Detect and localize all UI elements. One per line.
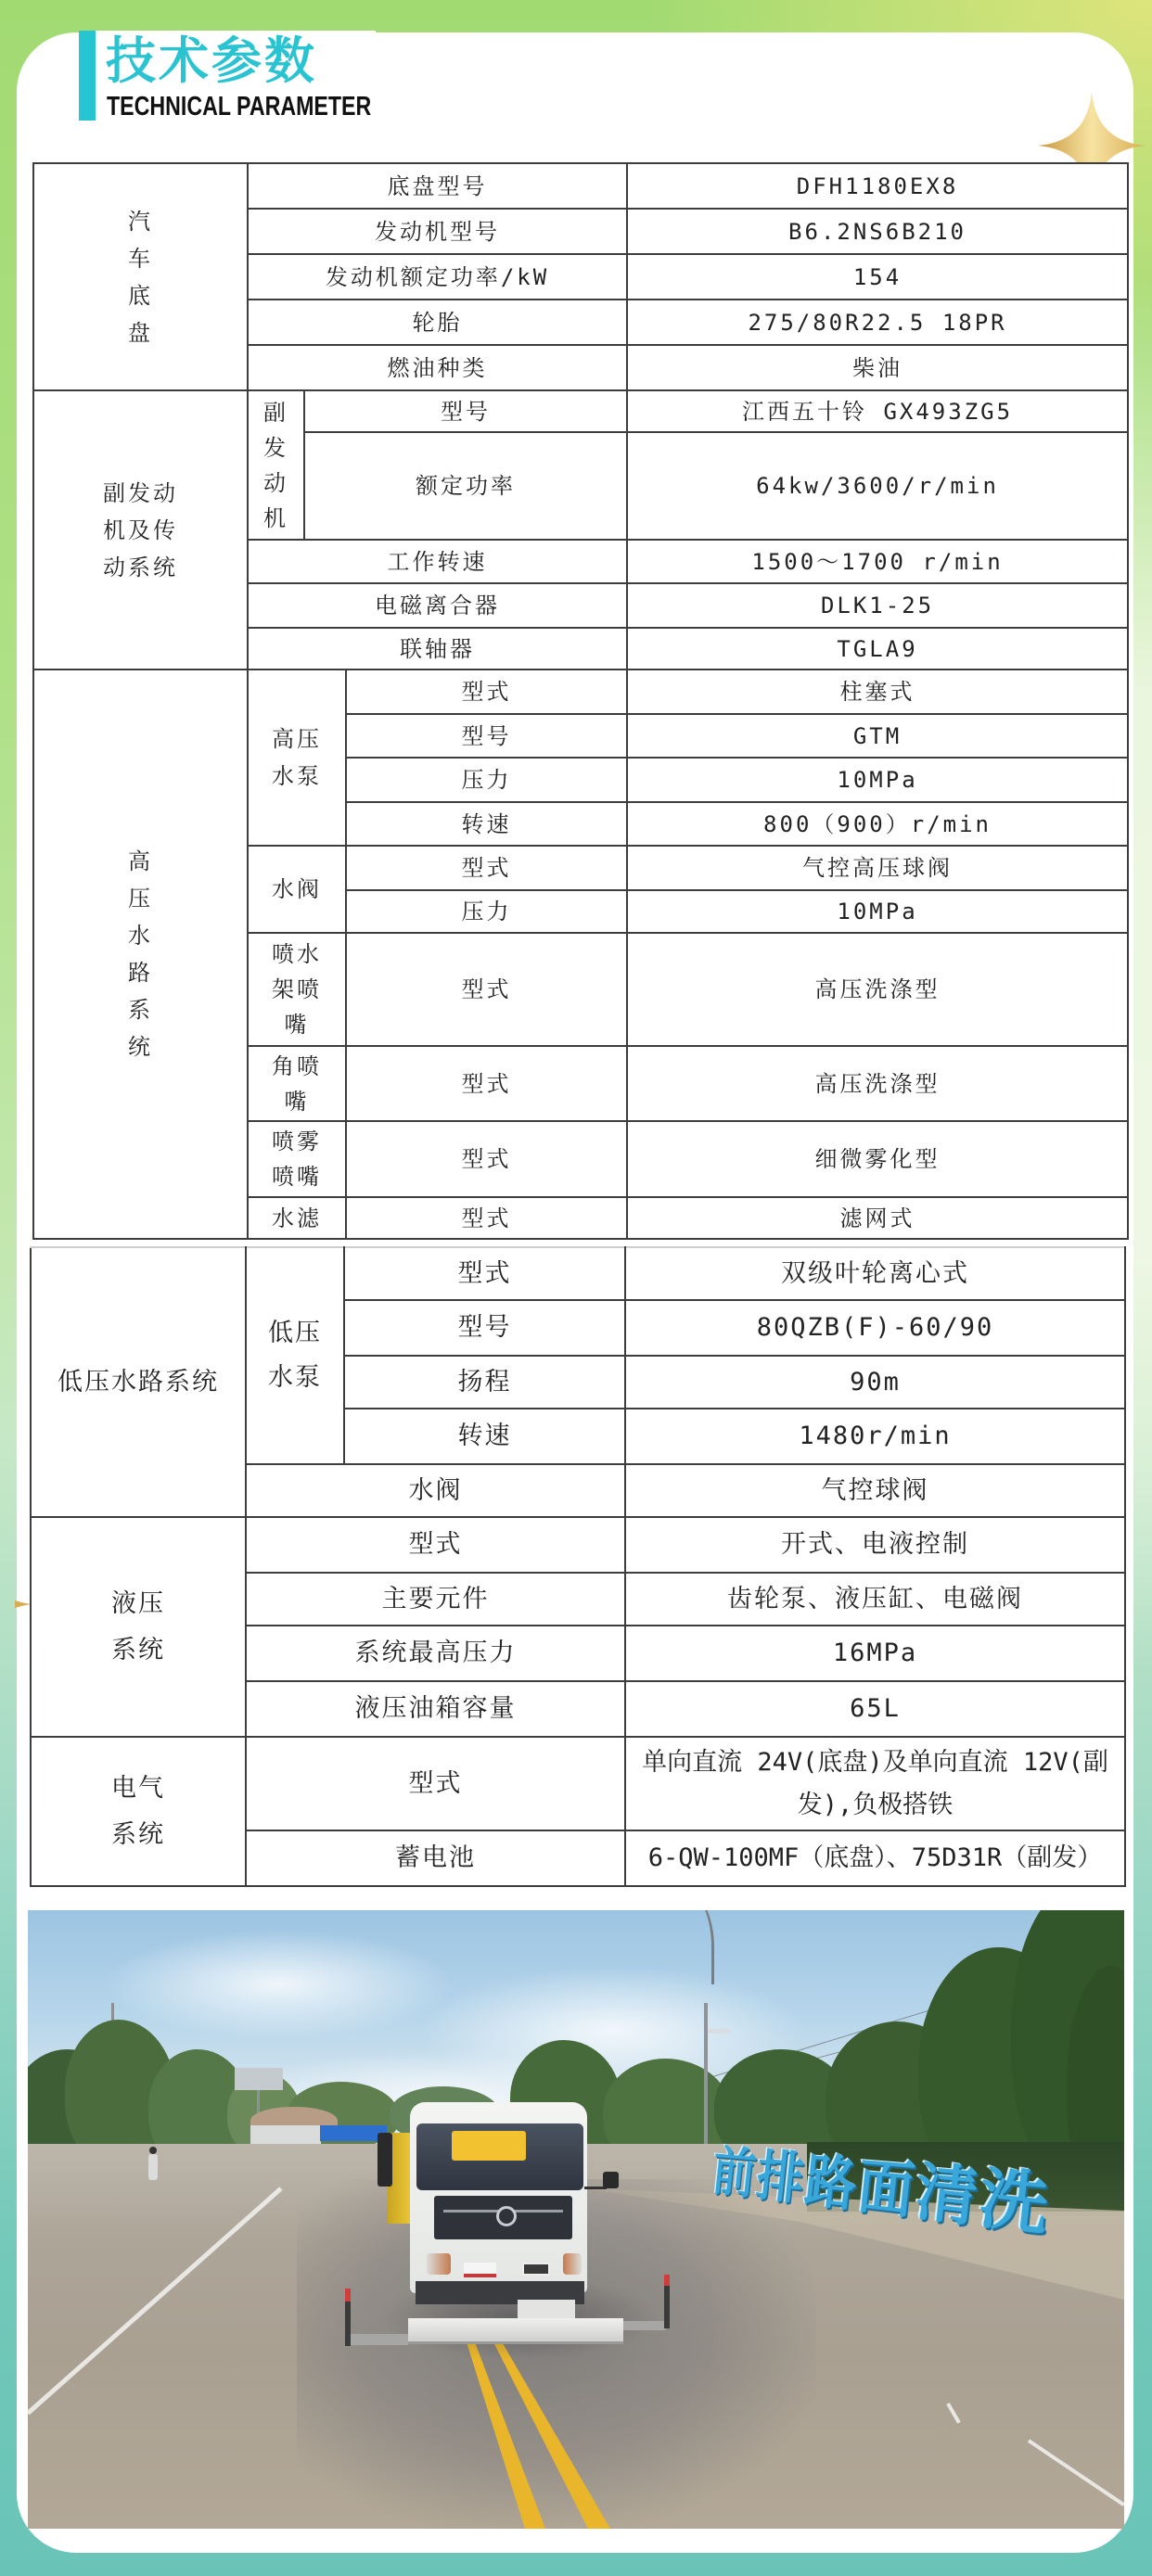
spec-value-line: 发),负极搭铁 bbox=[626, 1784, 1124, 1827]
spec-label: 型式 bbox=[346, 1197, 627, 1239]
page-subtitle: TECHNICAL PARAMETER bbox=[107, 93, 371, 121]
section-label-text: 高压水路系统 bbox=[124, 843, 158, 1065]
spec-label: 型号 bbox=[304, 390, 627, 432]
spec-label: 系统最高压力 bbox=[246, 1626, 625, 1681]
spec-value: 16MPa bbox=[625, 1626, 1125, 1681]
spec-value: 滤网式 bbox=[627, 1197, 1128, 1239]
section-label-electrical: 电气系统 bbox=[31, 1737, 246, 1886]
spec-value: 10MPa bbox=[627, 758, 1128, 802]
spec-label: 型式 bbox=[346, 846, 627, 890]
spec-value: 柱塞式 bbox=[627, 670, 1128, 714]
light-pole bbox=[704, 2003, 708, 2151]
spec-value: 90m bbox=[625, 1356, 1125, 1409]
title-accent-bar bbox=[79, 31, 96, 121]
spec-value: GTM bbox=[627, 714, 1128, 758]
spec-value: B6.2NS6B210 bbox=[627, 209, 1128, 254]
truck-logo-icon bbox=[496, 2206, 517, 2226]
spec-value: 双级叶轮离心式 bbox=[625, 1247, 1125, 1300]
spray-bar bbox=[408, 2318, 623, 2344]
section-label-text: 低压水路系统 bbox=[32, 1367, 245, 1398]
truck-headlight bbox=[427, 2253, 451, 2275]
pedestrian bbox=[148, 2154, 158, 2180]
spec-value: 高压洗涤型 bbox=[627, 933, 1128, 1046]
spec-value: 齿轮泵、液压缸、电磁阀 bbox=[625, 1573, 1125, 1626]
group-label-spray-rack-nozzle: 喷水架喷嘴 bbox=[248, 933, 346, 1046]
spec-label: 型号 bbox=[344, 1300, 625, 1356]
spec-label: 液压油箱容量 bbox=[246, 1681, 625, 1737]
wall bbox=[250, 2125, 321, 2144]
spec-value: 64kw/3600/r/min bbox=[627, 432, 1128, 540]
section-label-high-pressure: 高压水路系统 bbox=[33, 670, 248, 1239]
spec-row: 汽车底盘 底盘型号 DFH1180EX8 bbox=[33, 163, 1128, 209]
spec-value: 高压洗涤型 bbox=[627, 1046, 1128, 1121]
spec-label: 发动机额定功率/kW bbox=[248, 254, 627, 300]
group-label-text: 副发动机 bbox=[260, 395, 293, 536]
spec-value: 80QZB(F)-60/90 bbox=[625, 1300, 1125, 1356]
spec-label: 型式 bbox=[246, 1737, 625, 1830]
spec-value-line: 单向直流 24V(底盘)及单向直流 12V(副 bbox=[626, 1741, 1124, 1784]
section-label-text: 汽车底盘 bbox=[124, 203, 158, 351]
spec-label: 主要元件 bbox=[246, 1573, 625, 1626]
spec-value: 气控球阀 bbox=[625, 1464, 1125, 1517]
spec-label: 额定功率 bbox=[304, 432, 627, 540]
group-label-hp-pump: 高压水泵 bbox=[248, 670, 346, 846]
spec-table-upper: 汽车底盘 底盘型号 DFH1180EX8 发动机型号 B6.2NS6B210 发… bbox=[32, 162, 1129, 1240]
spec-value: 1500～1700 r/min bbox=[627, 540, 1128, 583]
spec-row: 液压系统 型式 开式、电液控制 bbox=[31, 1517, 1125, 1573]
group-label-text: 喷雾喷嘴 bbox=[267, 1124, 326, 1194]
spec-label: 压力 bbox=[346, 758, 627, 802]
spec-label: 型式 bbox=[246, 1517, 625, 1573]
spec-row: 副发动机及传动系统 副发动机 型号 江西五十铃 GX493ZG5 bbox=[33, 390, 1128, 432]
spec-label: 电磁离合器 bbox=[248, 583, 627, 628]
spec-label: 型式 bbox=[346, 1046, 627, 1121]
truck-mirror bbox=[603, 2172, 619, 2188]
truck-plate bbox=[464, 2263, 496, 2277]
group-label-text: 水滤 bbox=[267, 1200, 326, 1237]
spray-bar-arm bbox=[350, 2334, 408, 2345]
spec-value: 65L bbox=[625, 1681, 1125, 1737]
windshield-sticker bbox=[452, 2131, 526, 2161]
spec-label: 蓄电池 bbox=[246, 1830, 625, 1886]
spec-value: 275/80R22.5 18PR bbox=[627, 300, 1128, 345]
spec-row: 电气系统 型式 单向直流 24V(底盘)及单向直流 12V(副 发),负极搭铁 bbox=[31, 1737, 1125, 1830]
spec-label: 联轴器 bbox=[248, 628, 627, 670]
spec-label: 发动机型号 bbox=[248, 209, 627, 254]
lamp-pole-curve bbox=[668, 1910, 714, 1984]
spec-label: 压力 bbox=[346, 890, 627, 933]
spec-row: 低压水路系统 低压水泵 型式 双级叶轮离心式 bbox=[31, 1247, 1125, 1300]
spec-value: 单向直流 24V(底盘)及单向直流 12V(副 发),负极搭铁 bbox=[625, 1737, 1125, 1830]
group-label-hp-valve: 水阀 bbox=[248, 846, 346, 933]
spec-label: 轮胎 bbox=[248, 300, 627, 345]
marker-post bbox=[345, 2289, 351, 2346]
spray-bar-arm bbox=[623, 2321, 666, 2330]
spec-value: 10MPa bbox=[627, 890, 1128, 933]
group-label-text: 高压水泵 bbox=[267, 721, 326, 795]
section-label-hydraulic: 液压系统 bbox=[31, 1517, 246, 1737]
promo-photo: 前排路面清洗 bbox=[28, 1910, 1124, 2529]
section-label-low-pressure: 低压水路系统 bbox=[31, 1247, 246, 1517]
spray-bar-mount bbox=[518, 2300, 575, 2318]
pedestrian bbox=[149, 2147, 157, 2154]
street-lamp bbox=[708, 2029, 730, 2034]
spec-value: 6-QW-100MF（底盘）、75D31R（副发） bbox=[625, 1830, 1125, 1886]
spec-value: 154 bbox=[627, 254, 1128, 300]
spec-value: 开式、电液控制 bbox=[625, 1517, 1125, 1573]
spec-label: 型式 bbox=[346, 1121, 627, 1197]
truck-headlight bbox=[563, 2253, 582, 2275]
spec-value: 1480r/min bbox=[625, 1409, 1125, 1464]
spec-label: 底盘型号 bbox=[248, 163, 627, 209]
spec-row: 高压水路系统 高压水泵 型式 柱塞式 bbox=[33, 670, 1128, 714]
spec-value: 800（900）r/min bbox=[627, 802, 1128, 846]
section-label-text: 副发动机及传动系统 bbox=[98, 475, 184, 586]
spec-label: 水阀 bbox=[246, 1464, 625, 1517]
spec-label: 型号 bbox=[346, 714, 627, 758]
group-label-text: 喷水架喷嘴 bbox=[267, 937, 326, 1042]
spec-value: 江西五十铃 GX493ZG5 bbox=[627, 390, 1128, 432]
spec-value: TGLA9 bbox=[627, 628, 1128, 670]
section-label-chassis: 汽车底盘 bbox=[33, 163, 248, 390]
truck-plate bbox=[522, 2263, 550, 2276]
section-label-text: 电气系统 bbox=[108, 1766, 169, 1858]
spec-value: 细微雾化型 bbox=[627, 1121, 1128, 1197]
roadside-sign bbox=[235, 2068, 283, 2090]
group-label-text: 低压水泵 bbox=[264, 1311, 326, 1400]
spec-label: 转速 bbox=[344, 1409, 625, 1464]
truck-mirror bbox=[378, 2133, 392, 2187]
spec-label: 型式 bbox=[346, 933, 627, 1046]
group-label-text: 水阀 bbox=[267, 871, 326, 908]
group-label-aux-engine: 副发动机 bbox=[248, 390, 304, 540]
group-label-water-filter: 水滤 bbox=[248, 1197, 346, 1239]
cloud bbox=[102, 1929, 454, 2040]
group-label-text: 角喷嘴 bbox=[267, 1049, 326, 1119]
spec-label: 扬程 bbox=[344, 1356, 625, 1409]
spec-value: 柴油 bbox=[627, 345, 1128, 390]
spec-label: 型式 bbox=[344, 1247, 625, 1300]
page-title: 技术参数 bbox=[106, 32, 317, 91]
section-label-aux-engine: 副发动机及传动系统 bbox=[33, 390, 248, 670]
spec-label: 燃油种类 bbox=[248, 345, 627, 390]
marker-post bbox=[664, 2275, 670, 2328]
spec-value: 气控高压球阀 bbox=[627, 846, 1128, 890]
group-label-mist-nozzle: 喷雾喷嘴 bbox=[248, 1121, 346, 1197]
spec-label: 型式 bbox=[346, 670, 627, 714]
spec-value: DLK1-25 bbox=[627, 583, 1128, 628]
section-label-text: 液压系统 bbox=[108, 1581, 169, 1674]
group-label-lp-pump: 低压水泵 bbox=[246, 1247, 344, 1464]
spec-table-lower: 低压水路系统 低压水泵 型式 双级叶轮离心式 型号 80QZB(F)-60/90… bbox=[30, 1246, 1126, 1887]
group-label-corner-nozzle: 角喷嘴 bbox=[248, 1046, 346, 1121]
spec-value: DFH1180EX8 bbox=[627, 163, 1128, 209]
spec-label: 工作转速 bbox=[248, 540, 627, 583]
spec-label: 转速 bbox=[346, 802, 627, 846]
